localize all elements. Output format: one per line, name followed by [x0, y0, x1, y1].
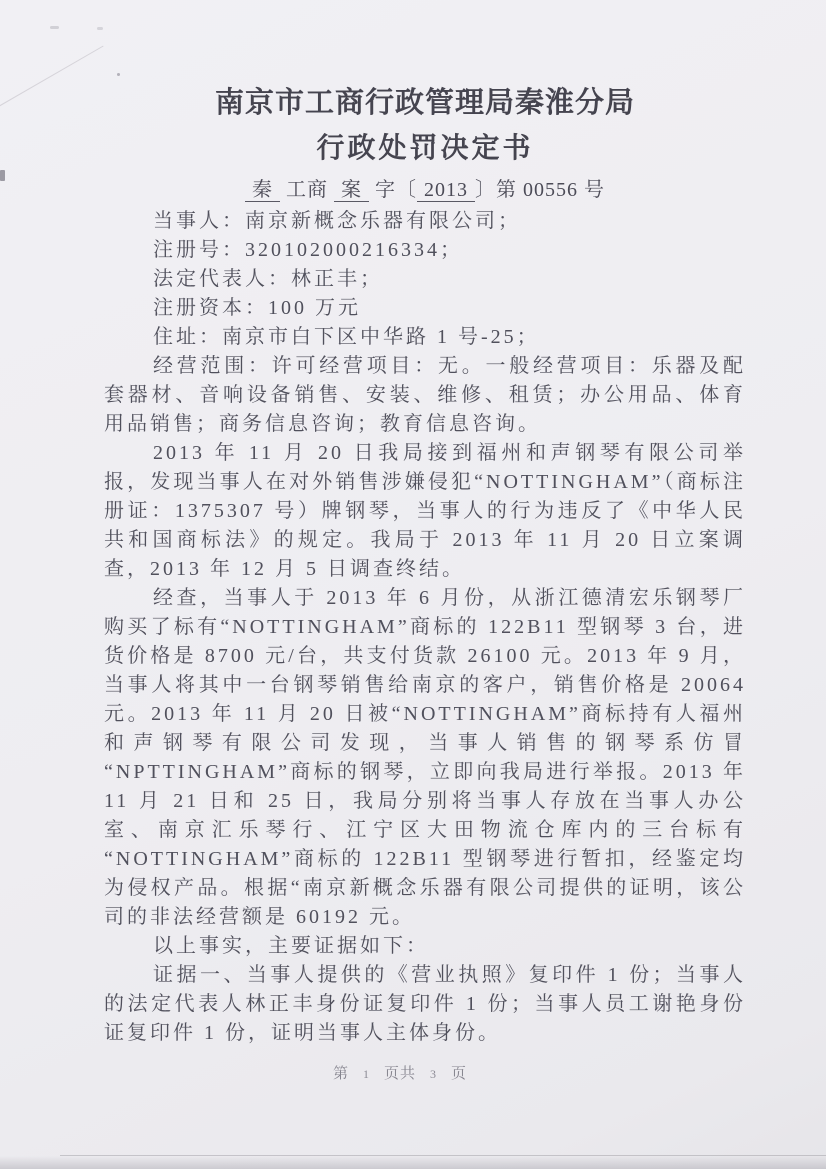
- case-number-underlined-segment: 2013: [417, 179, 475, 202]
- body-paragraph: 注册资本：100 万元: [104, 294, 746, 323]
- footer-label-prefix: 第: [333, 1066, 349, 1082]
- body-paragraph: 法定代表人：林正丰；: [104, 265, 746, 294]
- case-number-segment: 工商: [280, 179, 334, 201]
- case-number-line: 秦 工商 案 字〔2013〕第 00556 号: [104, 176, 746, 204]
- footer-label-suffix: 页: [451, 1066, 467, 1082]
- scan-artifact-speck: [97, 27, 103, 30]
- body-paragraph: 2013 年 11 月 20 日我局接到福州和声钢琴有限公司举报，发现当事人在对…: [104, 439, 746, 584]
- page-number: 1: [363, 1067, 370, 1081]
- document-body: 当事人：南京新概念乐器有限公司；注册号：320102000216334；法定代表…: [104, 207, 746, 1048]
- page-footer: 第1页共3页: [0, 1062, 826, 1083]
- scan-artifact-fold: [0, 46, 104, 112]
- total-pages: 3: [430, 1067, 437, 1081]
- scan-artifact-speck: [50, 26, 59, 29]
- body-paragraph: 以上事实，主要证据如下：: [104, 932, 746, 961]
- body-paragraph: 当事人：南京新概念乐器有限公司；: [104, 207, 746, 236]
- scan-artifact-speck: [117, 73, 120, 76]
- footer-label-infix: 页共: [384, 1066, 416, 1082]
- case-number-underlined-segment: 案: [334, 179, 369, 202]
- case-number-underlined-segment: 秦: [245, 179, 280, 202]
- body-paragraph: 住址：南京市白下区中华路 1 号-25；: [104, 323, 746, 352]
- body-paragraph: 证据一、当事人提供的《营业执照》复印件 1 份；当事人的法定代表人林正丰身份证复…: [104, 961, 746, 1048]
- scan-artifact-edge-mark: [0, 170, 5, 181]
- body-paragraph: 注册号：320102000216334；: [104, 236, 746, 265]
- scan-edge-shadow: [0, 1156, 826, 1169]
- body-paragraph: 经查，当事人于 2013 年 6 月份，从浙江德清宏乐钢琴厂购买了标有“NOTT…: [104, 584, 746, 932]
- case-number-segment: 字〔: [369, 179, 417, 201]
- document-title: 南京市工商行政管理局秦淮分局: [104, 84, 746, 123]
- document-content: 南京市工商行政管理局秦淮分局 行政处罚决定书 秦 工商 案 字〔2013〕第 0…: [104, 84, 746, 1048]
- body-paragraph: 经营范围：许可经营项目：无。一般经营项目：乐器及配套器材、音响设备销售、安装、维…: [104, 352, 746, 439]
- document-subtitle: 行政处罚决定书: [104, 131, 746, 167]
- case-number-segment: 〕第 00556 号: [475, 179, 605, 201]
- scanned-document-page: 南京市工商行政管理局秦淮分局 行政处罚决定书 秦 工商 案 字〔2013〕第 0…: [0, 0, 826, 1169]
